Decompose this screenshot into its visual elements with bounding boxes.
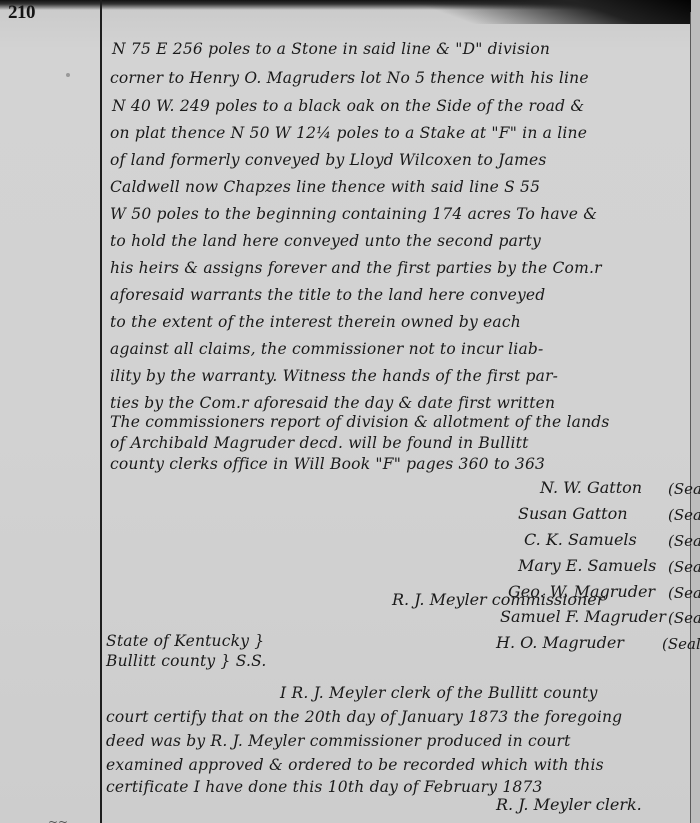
deed-line: The commissioners report of division & a…: [110, 413, 610, 431]
seal-mark: (Seal): [662, 635, 700, 653]
margin-ink-fragment: ~~: [48, 815, 68, 823]
deed-line: to hold the land here conveyed unto the …: [110, 232, 541, 250]
page-top-corner-shadow: [400, 0, 700, 24]
signature-name: Samuel F. Magruder: [500, 607, 666, 626]
seal-mark: (Seal): [668, 480, 700, 498]
certificate-line: certificate I have done this 10th day of…: [106, 778, 543, 796]
deed-line: N 75 E 256 poles to a Stone in said line…: [112, 40, 550, 58]
deed-line: on plat thence N 50 W 12¼ poles to a Sta…: [110, 124, 587, 142]
commissioner-signature: R. J. Meyler commissioner: [392, 590, 604, 609]
deed-line: corner to Henry O. Magruders lot No 5 th…: [110, 69, 589, 87]
deed-line: county clerks office in Will Book "F" pa…: [110, 455, 545, 473]
ledger-page: 210 N 75 E 256 poles to a Stone in said …: [0, 0, 700, 823]
certificate-line: I R. J. Meyler clerk of the Bullitt coun…: [280, 684, 598, 702]
deed-line: W 50 poles to the beginning containing 1…: [110, 205, 597, 223]
certificate-line: examined approved & ordered to be record…: [106, 756, 604, 774]
seal-mark: (Seal): [668, 584, 700, 602]
seal-mark: (Seal): [668, 609, 700, 627]
deed-line: aforesaid warrants the title to the land…: [110, 286, 545, 304]
deed-line: against all claims, the commissioner not…: [110, 340, 543, 358]
signature-name: C. K. Samuels: [524, 530, 637, 549]
deed-line: of Archibald Magruder decd. will be foun…: [110, 434, 529, 452]
seal-mark: (Seal): [668, 532, 700, 550]
certificate-line: court certify that on the 20th day of Ja…: [106, 708, 622, 726]
certificate-heading: State of Kentucky }: [106, 632, 264, 650]
clerk-signature: R. J. Meyler clerk.: [496, 795, 642, 814]
signature-name: H. O. Magruder: [496, 633, 624, 652]
certificate-heading: Bullitt county } S.S.: [106, 652, 267, 670]
deed-line: Caldwell now Chapzes line thence with sa…: [110, 178, 540, 196]
deed-line: ility by the warranty. Witness the hands…: [110, 367, 558, 385]
deed-line: ties by the Com.r aforesaid the day & da…: [110, 394, 555, 412]
deed-line: to the extent of the interest therein ow…: [110, 313, 521, 331]
signature-name: N. W. Gatton: [540, 478, 642, 497]
deed-line: his heirs & assigns forever and the firs…: [110, 259, 602, 277]
deed-line: of land formerly conveyed by Lloyd Wilco…: [110, 151, 547, 169]
seal-mark: (Seal): [668, 506, 700, 524]
margin-rule: [100, 0, 102, 823]
paper-speck: [66, 73, 70, 77]
seal-mark: (Seal): [668, 558, 700, 576]
certificate-line: deed was by R. J. Meyler commissioner pr…: [106, 732, 571, 750]
page-right-edge: [691, 0, 700, 823]
signature-name: Susan Gatton: [518, 504, 628, 523]
deed-line: N 40 W. 249 poles to a black oak on the …: [112, 97, 584, 115]
page-number: 210: [8, 2, 35, 24]
signature-name: Mary E. Samuels: [518, 556, 656, 575]
